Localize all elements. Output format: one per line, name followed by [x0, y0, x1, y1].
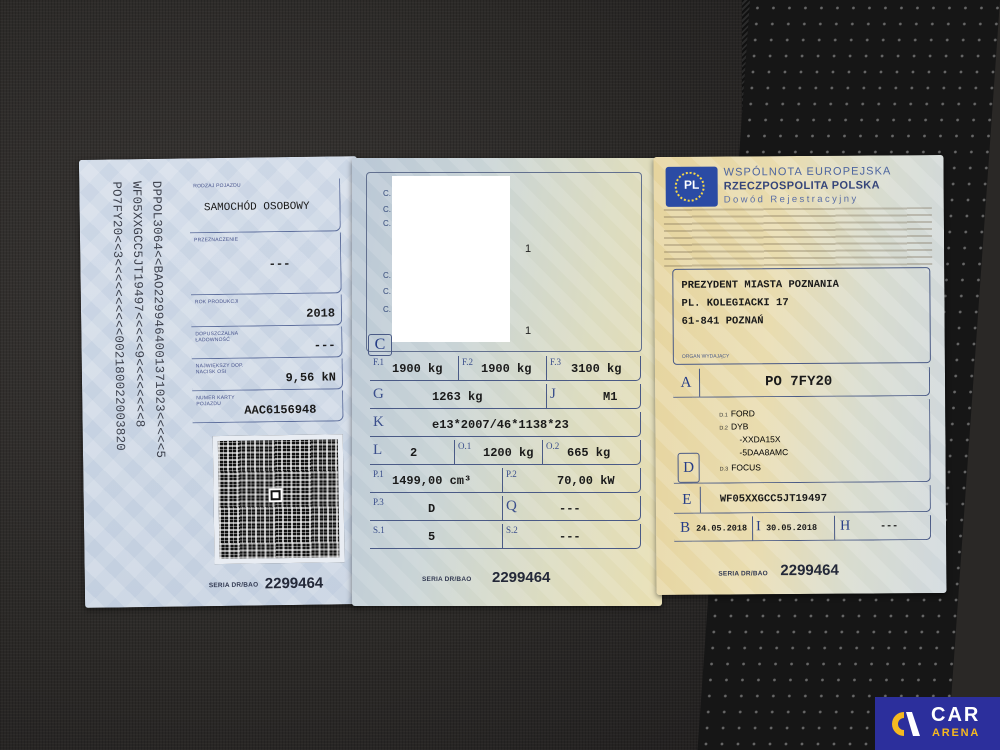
field-label: PRZEZNACZENIE [194, 237, 254, 244]
redacted-owner-data [392, 176, 510, 342]
field-value: AAC6156948 [244, 403, 316, 418]
logo-text-arena: ARENA [932, 727, 980, 739]
code-label: Q [506, 498, 517, 515]
c-field-prefix: C. [383, 205, 391, 214]
cell-value: 1499,00 cm³ [392, 474, 471, 488]
c-field-prefix: C. [383, 287, 391, 296]
code-label: P.1 [373, 469, 384, 479]
c-field-fragment: 1 [525, 325, 531, 337]
c-field-prefix: C. [383, 305, 391, 314]
field-value: SAMOCHÓD OSOBOWY [204, 201, 310, 214]
version-line: -5DAA8AMC [740, 447, 789, 457]
row-s1-s2: S.1 5 S.2 --- [370, 524, 641, 549]
cell-f3: F.3 3100 kg [546, 356, 639, 380]
field-label: DOPUSZCZALNA ŁADOWNOŚĆ [195, 331, 255, 344]
cell-value: --- [559, 502, 581, 516]
serial-label: SERIA DR/BAO [422, 576, 471, 583]
type-line: D.2DYB [719, 421, 748, 431]
field-value: 9,56 kN [285, 370, 336, 385]
cell-p3: P.3 D [370, 496, 502, 520]
field-production-year: ROK PRODUKCJI 2018 [191, 294, 342, 327]
code-label: B [680, 520, 690, 537]
cell-f1: F.1 1900 kg [370, 356, 458, 380]
header-document-type: Dowód Rejestracyjny [724, 194, 859, 206]
cell-p2: P.2 70,00 kW [502, 468, 639, 492]
row-l-o: L 2 O.1 1200 kg O.2 665 kg [370, 440, 641, 465]
model-line: D.3FOCUS [720, 462, 761, 472]
code-label: D [678, 453, 700, 483]
field-payload: DOPUSZCZALNA ŁADOWNOŚĆ --- [191, 326, 342, 359]
make-line: D.1FORD [719, 408, 755, 418]
cell-value: 1263 kg [432, 390, 482, 404]
barcode-finder-pattern [268, 488, 282, 502]
cell-g: G 1263 kg [370, 384, 546, 408]
cell-value: 3100 kg [571, 362, 621, 376]
row-d-make-model: D D.1FORD D.2DYB -XXDA15X -5DAA8AMC D.3F… [673, 399, 931, 484]
field-purpose: PRZEZNACZENIE --- [190, 232, 342, 295]
row-p1-p2: P.1 1499,00 cm³ P.2 70,00 kW [370, 468, 641, 493]
vin: WF05XXGCC5JT19497 [720, 493, 827, 506]
c-field-fragment: 1 [525, 243, 531, 255]
issuing-authority: PREZYDENT MIASTA POZNANIA PL. KOLEGIACKI… [672, 267, 931, 365]
cell-value: 665 kg [567, 446, 610, 460]
document-right-panel: PL WSPÓLNOTA EUROPEJSKA RZECZPOSPOLITA P… [653, 155, 946, 595]
code-label: S.1 [373, 525, 385, 535]
header-country: RZECZPOSPOLITA POLSKA [724, 179, 880, 192]
field-value: --- [314, 338, 336, 352]
code-label: F.3 [550, 357, 561, 367]
code-label: K [373, 414, 384, 431]
c-field-prefix: C. [383, 219, 391, 228]
row-p3-q: P.3 D Q --- [370, 496, 641, 521]
code-label: G [373, 386, 384, 403]
cell-s1: S.1 5 [370, 524, 502, 548]
2d-barcode [213, 434, 345, 564]
serial-number: 2299464 [265, 575, 324, 593]
registration-date: 30.05.2018 [766, 523, 817, 533]
authority-line: PL. KOLEGIACKI 17 [681, 297, 788, 310]
cell-value: 1900 kg [481, 362, 531, 376]
cell-s2: S.2 --- [502, 524, 639, 548]
header-eu: WSPÓLNOTA EUROPEJSKA [724, 165, 892, 178]
code-label: E [674, 487, 701, 513]
mrz-line-3: PO7FY20<<3<<<<<<<<<<002180022003820 [109, 181, 127, 451]
c-field-prefix: C. [383, 271, 391, 280]
cell-k: K e13*2007/46*1138*23 [370, 412, 638, 436]
authority-line: PREZYDENT MIASTA POZNANIA [681, 279, 839, 292]
row-b-i-h-dates: B 24.05.2018 I 30.05.2018 H --- [674, 515, 931, 542]
field-vehicle-type: RODZAJ POJAZDU SAMOCHÓD OSOBOWY [189, 178, 341, 233]
machine-readable-zone: DPPOL3064<<BAO2299464001371023<<<<<5 WF0… [93, 181, 179, 582]
code-label: O.2 [546, 441, 559, 451]
cell-q: Q --- [502, 496, 639, 520]
authority-line: 61-841 POZNAŃ [682, 315, 764, 328]
car-arena-mark-icon [890, 709, 920, 739]
code-label: P.2 [506, 469, 517, 479]
cell-value: 70,00 kW [557, 474, 615, 488]
serial-label: SERIA DR/BAO [209, 581, 259, 589]
code-label: A [673, 369, 700, 397]
code-label: H [840, 519, 850, 535]
cell-value: e13*2007/46*1138*23 [432, 418, 569, 432]
row-f-masses: F.1 1900 kg F.2 1900 kg F.3 3100 kg [370, 356, 641, 381]
serial-number: 2299464 [780, 562, 839, 579]
cell-o1: O.1 1200 kg [454, 440, 543, 464]
code-label: S.2 [506, 525, 518, 535]
code-label: F.2 [462, 357, 473, 367]
serial-number: 2299464 [492, 569, 550, 586]
country-code: PL [666, 178, 718, 192]
field-axle-load: NAJWIĘKSZY DOP. NACISK OSI 9,56 kN [192, 358, 343, 391]
mrz-line-2: WF05XXGCC5JT19497<<<<<9<<<<<<<<8 [129, 181, 146, 428]
field-value: 2018 [306, 306, 335, 320]
cell-value: --- [559, 530, 581, 544]
registration-number: PO 7FY20 [765, 374, 832, 390]
field-label: NAJWIĘKSZY DOP. NACISK OSI [196, 363, 256, 376]
cell-o2: O.2 665 kg [542, 440, 639, 464]
cell-value: 5 [428, 530, 435, 544]
cell-value: 1900 kg [392, 362, 442, 376]
cell-value: D [428, 502, 435, 516]
cell-value: 1200 kg [483, 446, 533, 460]
row-k: K e13*2007/46*1138*23 [370, 412, 641, 437]
cell-f2: F.2 1900 kg [458, 356, 547, 380]
field-label: RODZAJ POJAZDU [193, 183, 253, 190]
cell-l: L 2 [370, 440, 454, 464]
row-g-j: G 1263 kg J M1 [370, 384, 641, 409]
mrz-line-1: DPPOL3064<<BAO2299464001371023<<<<<5 [149, 181, 167, 458]
multilingual-microprint [664, 207, 932, 267]
field-vehicle-card-number: NUMER KARTY POJAZDU AAC6156948 [192, 390, 343, 423]
document-left-panel: DPPOL3064<<BAO2299464001371023<<<<<5 WF0… [79, 156, 363, 608]
field-label: ROK PRODUKCJI [195, 299, 255, 306]
row-a-registration-number: A PO 7FY20 [673, 367, 930, 398]
cell-j: J M1 [546, 384, 639, 408]
document-middle-panel: C. C. C. C. C. C. 1 1 C F.1 1900 kg F.2 … [352, 158, 662, 606]
code-label: L [373, 442, 382, 459]
section-code-c: C [368, 334, 392, 356]
cell-p1: P.1 1499,00 cm³ [370, 468, 502, 492]
c-field-prefix: C. [383, 189, 391, 198]
code-label: J [550, 386, 556, 403]
field-value: --- [269, 257, 291, 271]
cell-value: 2 [410, 446, 417, 460]
car-arena-logo: CAR ARENA [875, 697, 1000, 750]
code-label: F.1 [373, 357, 384, 367]
serial-label: SERIA DR/BAO [718, 570, 768, 577]
first-registration-date: 24.05.2018 [696, 523, 747, 533]
eu-flag-icon: PL [666, 167, 718, 207]
authority-label: ORGAN WYDAJĄCY [682, 353, 730, 359]
variant-line: -XXDA15X [739, 434, 780, 444]
code-label: P.3 [373, 497, 384, 507]
logo-text-car: CAR [931, 704, 980, 727]
code-label: O.1 [458, 441, 471, 451]
cell-value: M1 [603, 390, 617, 404]
code-label: I [756, 519, 761, 535]
row-e-vin: E WF05XXGCC5JT19497 [674, 485, 931, 514]
validity-value: --- [880, 521, 898, 532]
